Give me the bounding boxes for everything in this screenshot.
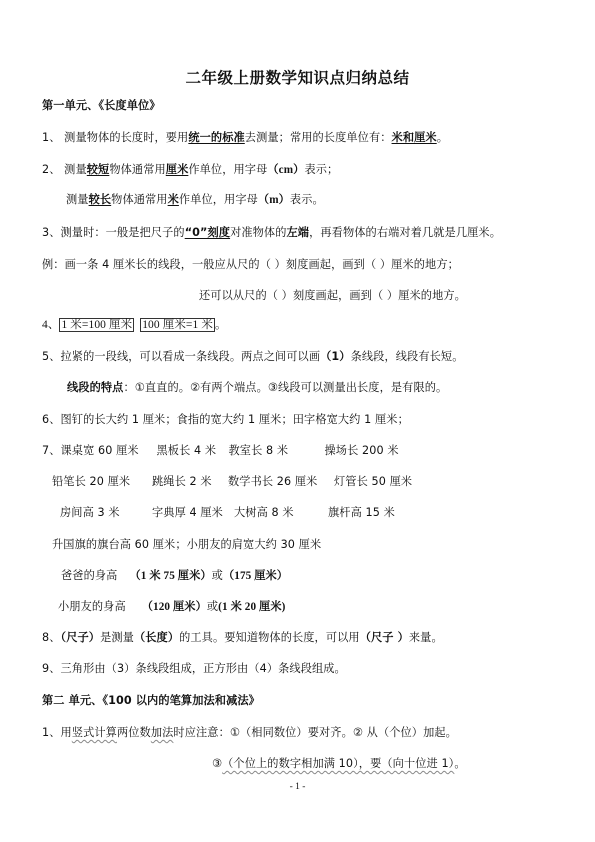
unit1-example-line2: 还可以从尺的（ ）刻度画起，画到（ ）厘米的地方。 xyxy=(199,289,466,303)
value: （1 米 75 厘米） xyxy=(129,570,211,582)
text: 测量物体的长度时，要用 xyxy=(61,131,189,144)
text: ，再看物体的右端对着几就是几厘米。 xyxy=(309,226,501,239)
measure-playground: 操场长 200 米 xyxy=(325,444,399,458)
text: 表示。 xyxy=(290,193,324,206)
text: 或 xyxy=(212,569,223,582)
page-title: 二年级上册数学知识点归纳总结 xyxy=(0,66,595,88)
unit1-item7-kid-height: 小朋友的身高（120 厘米）或(1 米 20 厘米) xyxy=(58,600,285,614)
emphasis-meter: 米 xyxy=(168,193,179,206)
text: 条线段，线段有长短。 xyxy=(351,350,464,363)
emphasis-zero-mark: “0”刻度 xyxy=(185,226,230,239)
text: 。 xyxy=(437,131,448,144)
document-page: 二年级上册数学知识点归纳总结 第一单元、《长度单位》 1、 测量物体的长度时，要… xyxy=(0,0,595,842)
text: 物体通常用 xyxy=(111,193,167,206)
unit1-item1: 1、 测量物体的长度时，要用统一的标准去测量；常用的长度单位有：米和厘米。 xyxy=(42,131,448,145)
text: 的工具。要知道物体的长度，可以用 xyxy=(179,631,360,644)
conversion-box-1: 1 米=100 厘米 xyxy=(59,318,134,332)
unit1-item3: 3、测量时：一般是把尺子的“0”刻度对准物体的左端，再看物体的右端对着几就是几厘… xyxy=(42,226,501,240)
measure-flagpole: 旗杆高 15 米 xyxy=(328,506,395,520)
text: 去测量；常用的长度单位有： xyxy=(245,131,392,144)
segment-features-label: 线段的特点 xyxy=(67,381,123,394)
value: （175 厘米） xyxy=(223,570,288,582)
unit1-heading: 第一单元、《长度单位》 xyxy=(42,99,161,113)
emphasis-ruler: （尺子 ） xyxy=(360,631,409,644)
emphasis-centimeter: 厘米 xyxy=(166,163,189,176)
unit1-item7-row3: 房间高 3 米字典厚 4 厘米大树高 8 米旗杆高 15 米 xyxy=(60,506,395,520)
item-number: 7、 xyxy=(42,444,61,457)
emphasis-one: （1） xyxy=(320,350,350,363)
unit1-item6: 6、图钉的长大约 1 厘米；食指的宽大约 1 厘米；田字格宽大约 1 厘米； xyxy=(42,413,409,427)
item-number: 4、 xyxy=(42,319,59,331)
unit1-item7-row4: 升国旗的旗台高 60 厘米；小朋友的肩宽大约 30 厘米 xyxy=(52,538,321,552)
measure-desk: 课桌宽 60 厘米 xyxy=(61,444,157,458)
wavy-underlined-text: 加法 xyxy=(151,726,174,739)
text: 爸爸的身高 xyxy=(61,569,117,582)
unit1-item2b: 测量较长物体通常用米作单位，用字母（m）表示。 xyxy=(66,193,324,207)
unit1-item8: 8、（尺子）是测量（长度）的工具。要知道物体的长度，可以用（尺子 ）来量。 xyxy=(42,631,443,645)
text: 来量。 xyxy=(409,631,443,644)
unit1-item5b: 线段的特点：①直直的。②有两个端点。③线段可以测量出长度，是有限的。 xyxy=(67,381,447,395)
unit1-item2: 2、 测量较短物体通常用厘米作单位，用字母（cm）表示； xyxy=(42,163,338,177)
text: 两位数 xyxy=(117,726,151,739)
unit1-item7-dad-height: 爸爸的身高（1 米 75 厘米）或（175 厘米） xyxy=(61,569,288,583)
text: 测量时：一般是把尺子的 xyxy=(61,226,185,239)
emphasis-length: （长度） xyxy=(134,631,179,644)
measure-pencil: 铅笔长 20 厘米 xyxy=(52,475,152,489)
text: 测量 xyxy=(61,163,87,176)
measure-math-book: 数学书长 26 厘米 xyxy=(228,475,334,489)
unit-cm: （cm） xyxy=(267,164,304,176)
emphasis-shorter: 较短 xyxy=(87,163,110,176)
text: 。 xyxy=(454,757,465,770)
value: （120 厘米） xyxy=(142,601,207,613)
emphasis-left-end: 左端 xyxy=(287,226,310,239)
measure-blackboard: 黑板长 4 米 xyxy=(157,444,229,458)
measure-jump-rope: 跳绳长 2 米 xyxy=(152,475,228,489)
text: 或 xyxy=(207,600,218,613)
text: 时应注意：①（相同数位）要对齐。② 从（个位）加起。 xyxy=(173,726,457,739)
emphasis-longer: 较长 xyxy=(89,193,112,206)
unit1-item7-row1: 7、课桌宽 60 厘米黑板长 4 米教室长 8 米操场长 200 米 xyxy=(42,444,399,458)
emphasis-ruler: （尺子） xyxy=(61,631,101,644)
unit1-item4: 4、1 米=100 厘米100 厘米=1 米。 xyxy=(42,318,227,332)
text: 物体通常用 xyxy=(109,163,165,176)
text: 表示； xyxy=(304,163,338,176)
item-number: 1、 xyxy=(42,726,61,739)
unit2-heading: 第二 单元、《100 以内的笔算加法和减法》 xyxy=(42,694,260,708)
text: ：①直直的。②有两个端点。③线段可以测量出长度，是有限的。 xyxy=(123,381,447,394)
text: 小朋友的身高 xyxy=(58,600,126,613)
text: 作单位，用字母 xyxy=(179,193,258,206)
text: 用 xyxy=(61,726,72,739)
measure-light-tube: 灯管长 50 厘米 xyxy=(334,475,412,489)
item-number: 2、 xyxy=(42,163,61,176)
item-number: 5、 xyxy=(42,350,61,363)
item-number: 3、 xyxy=(42,226,61,239)
measure-classroom: 教室长 8 米 xyxy=(229,444,325,458)
text: 测量 xyxy=(66,193,89,206)
emphasis-unified-standard: 统一的标准 xyxy=(188,131,244,144)
text: 是测量 xyxy=(100,631,134,644)
page-number: - 1 - xyxy=(0,782,595,792)
measure-room: 房间高 3 米 xyxy=(60,506,152,520)
conversion-box-2: 100 厘米=1 米 xyxy=(140,318,215,332)
wavy-underlined-text: （个位上的数字相加满 10），要（向十位进 1） xyxy=(222,757,454,770)
measure-tree: 大树高 8 米 xyxy=(234,506,328,520)
unit2-item1b: ③（个位上的数字相加满 10），要（向十位进 1）。 xyxy=(212,757,466,771)
text: 。 xyxy=(215,319,227,331)
wavy-underlined-text: 竖式计算 xyxy=(72,726,117,739)
unit1-item7-row2: 铅笔长 20 厘米跳绳长 2 米数学书长 26 厘米灯管长 50 厘米 xyxy=(52,475,412,489)
text: 拉紧的一段线，可以看成一条线段。两点之间可以画 xyxy=(61,350,321,363)
unit-m: （m） xyxy=(258,194,290,206)
emphasis-units: 米和厘米 xyxy=(392,131,437,144)
unit2-item1: 1、用竖式计算两位数加法时应注意：①（相同数位）要对齐。② 从（个位）加起。 xyxy=(42,726,457,740)
text: 作单位，用字母 xyxy=(188,163,267,176)
item-number: 8、 xyxy=(42,631,61,644)
value: (1 米 20 厘米) xyxy=(218,601,285,613)
unit1-item9: 9、三角形由（3）条线段组成，正方形由（4）条线段组成。 xyxy=(42,662,346,676)
item-number: 1、 xyxy=(42,131,61,144)
text: 对准物体的 xyxy=(230,226,286,239)
unit1-example-line1: 例：画一条 4 厘米长的线段，一般应从尺的（ ）刻度画起，画到（ ）厘米的地方； xyxy=(42,258,459,272)
measure-dictionary: 字典厚 4 厘米 xyxy=(152,506,234,520)
circled-number: ③ xyxy=(212,757,222,770)
unit1-item5: 5、拉紧的一段线，可以看成一条线段。两点之间可以画（1）条线段，线段有长短。 xyxy=(42,350,464,364)
